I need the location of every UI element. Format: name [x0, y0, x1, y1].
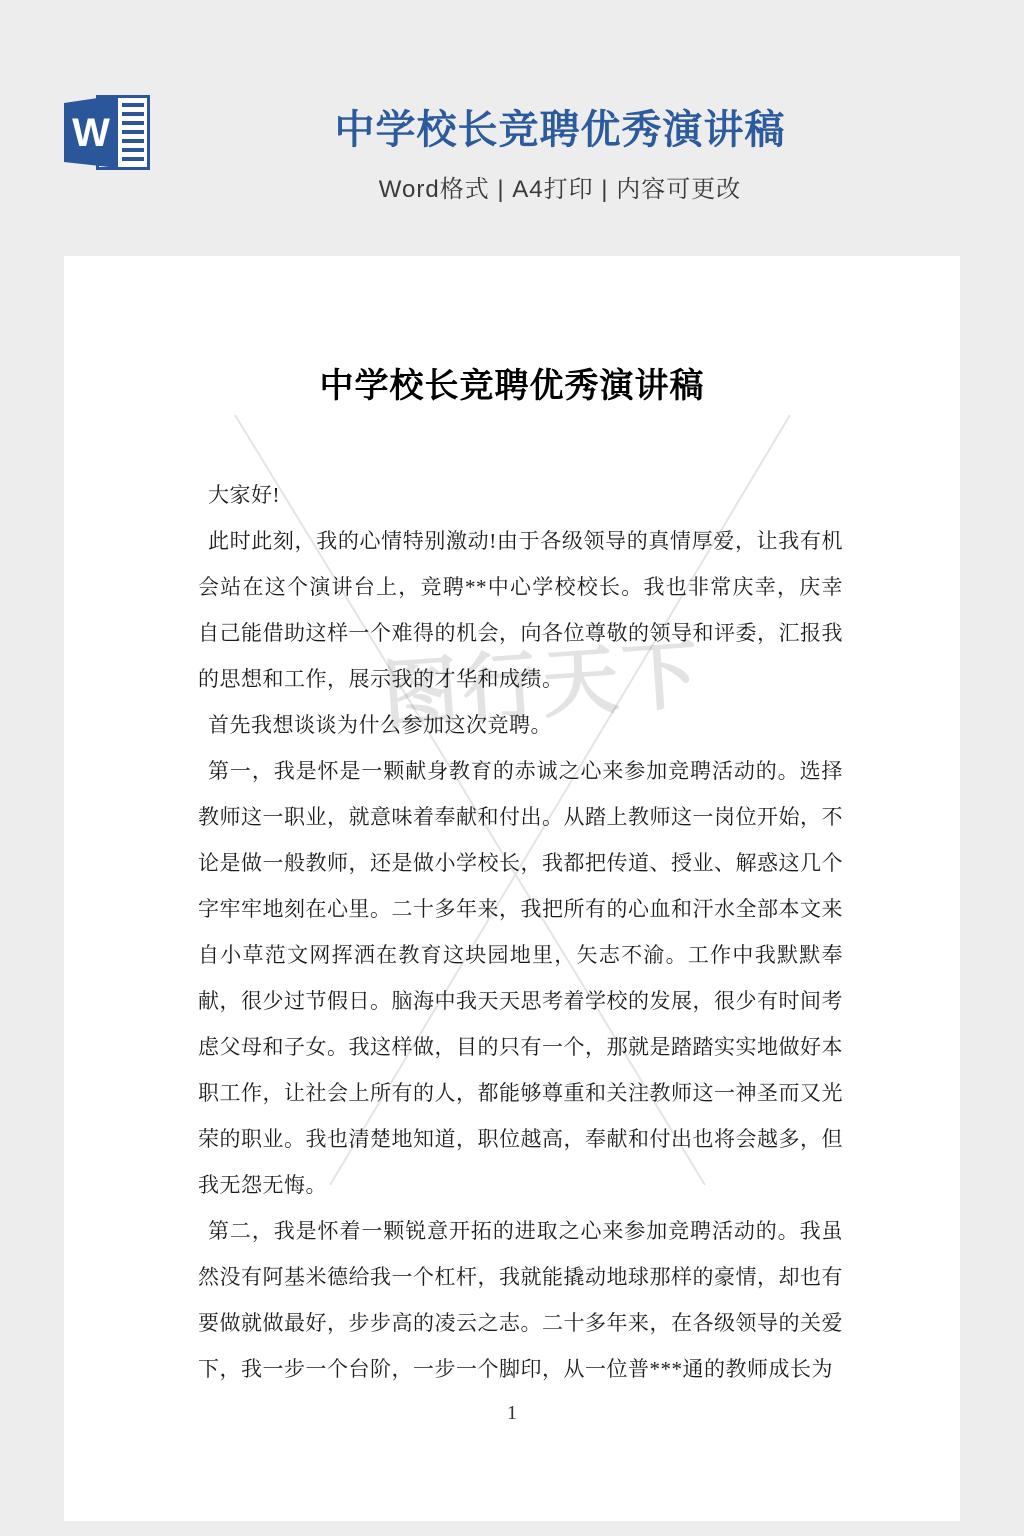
paragraph: 第二，我是怀着一颗锐意开拓的进取之心来参加竞聘活动的。我虽然没有阿基米德给我一个… — [198, 1208, 843, 1392]
site-header: W 中学校长竞聘优秀演讲稿 Word格式 | A4打印 | 内容可更改 — [0, 0, 1024, 256]
page-number: 1 — [64, 1402, 960, 1425]
template-subtitle: Word格式 | A4打印 | 内容可更改 — [96, 169, 1024, 204]
template-title: 中学校长竞聘优秀演讲稿 — [96, 98, 1024, 155]
paragraph: 此时此刻，我的心情特别激动!由于各级领导的真情厚爱，让我有机会站在这个演讲台上，… — [198, 518, 843, 702]
paragraph: 大家好! — [198, 472, 843, 518]
document-body: 大家好! 此时此刻，我的心情特别激动!由于各级领导的真情厚爱，让我有机会站在这个… — [198, 472, 843, 1392]
header-text-block: 中学校长竞聘优秀演讲稿 Word格式 | A4打印 | 内容可更改 — [0, 0, 1024, 204]
document-page: 图行天下 中学校长竞聘优秀演讲稿 大家好! 此时此刻，我的心情特别激动!由于各级… — [64, 256, 960, 1521]
document-title: 中学校长竞聘优秀演讲稿 — [64, 364, 960, 410]
document-content: 中学校长竞聘优秀演讲稿 大家好! 此时此刻，我的心情特别激动!由于各级领导的真情… — [64, 364, 960, 1425]
paragraph: 首先我想谈谈为什么参加这次竞聘。 — [198, 702, 843, 748]
paragraph: 第一，我是怀是一颗献身教育的赤诚之心来参加竞聘活动的。选择教师这一职业，就意味着… — [198, 748, 843, 1208]
page-background: { "header": { "icon_letter": "W", "title… — [0, 0, 1024, 1536]
